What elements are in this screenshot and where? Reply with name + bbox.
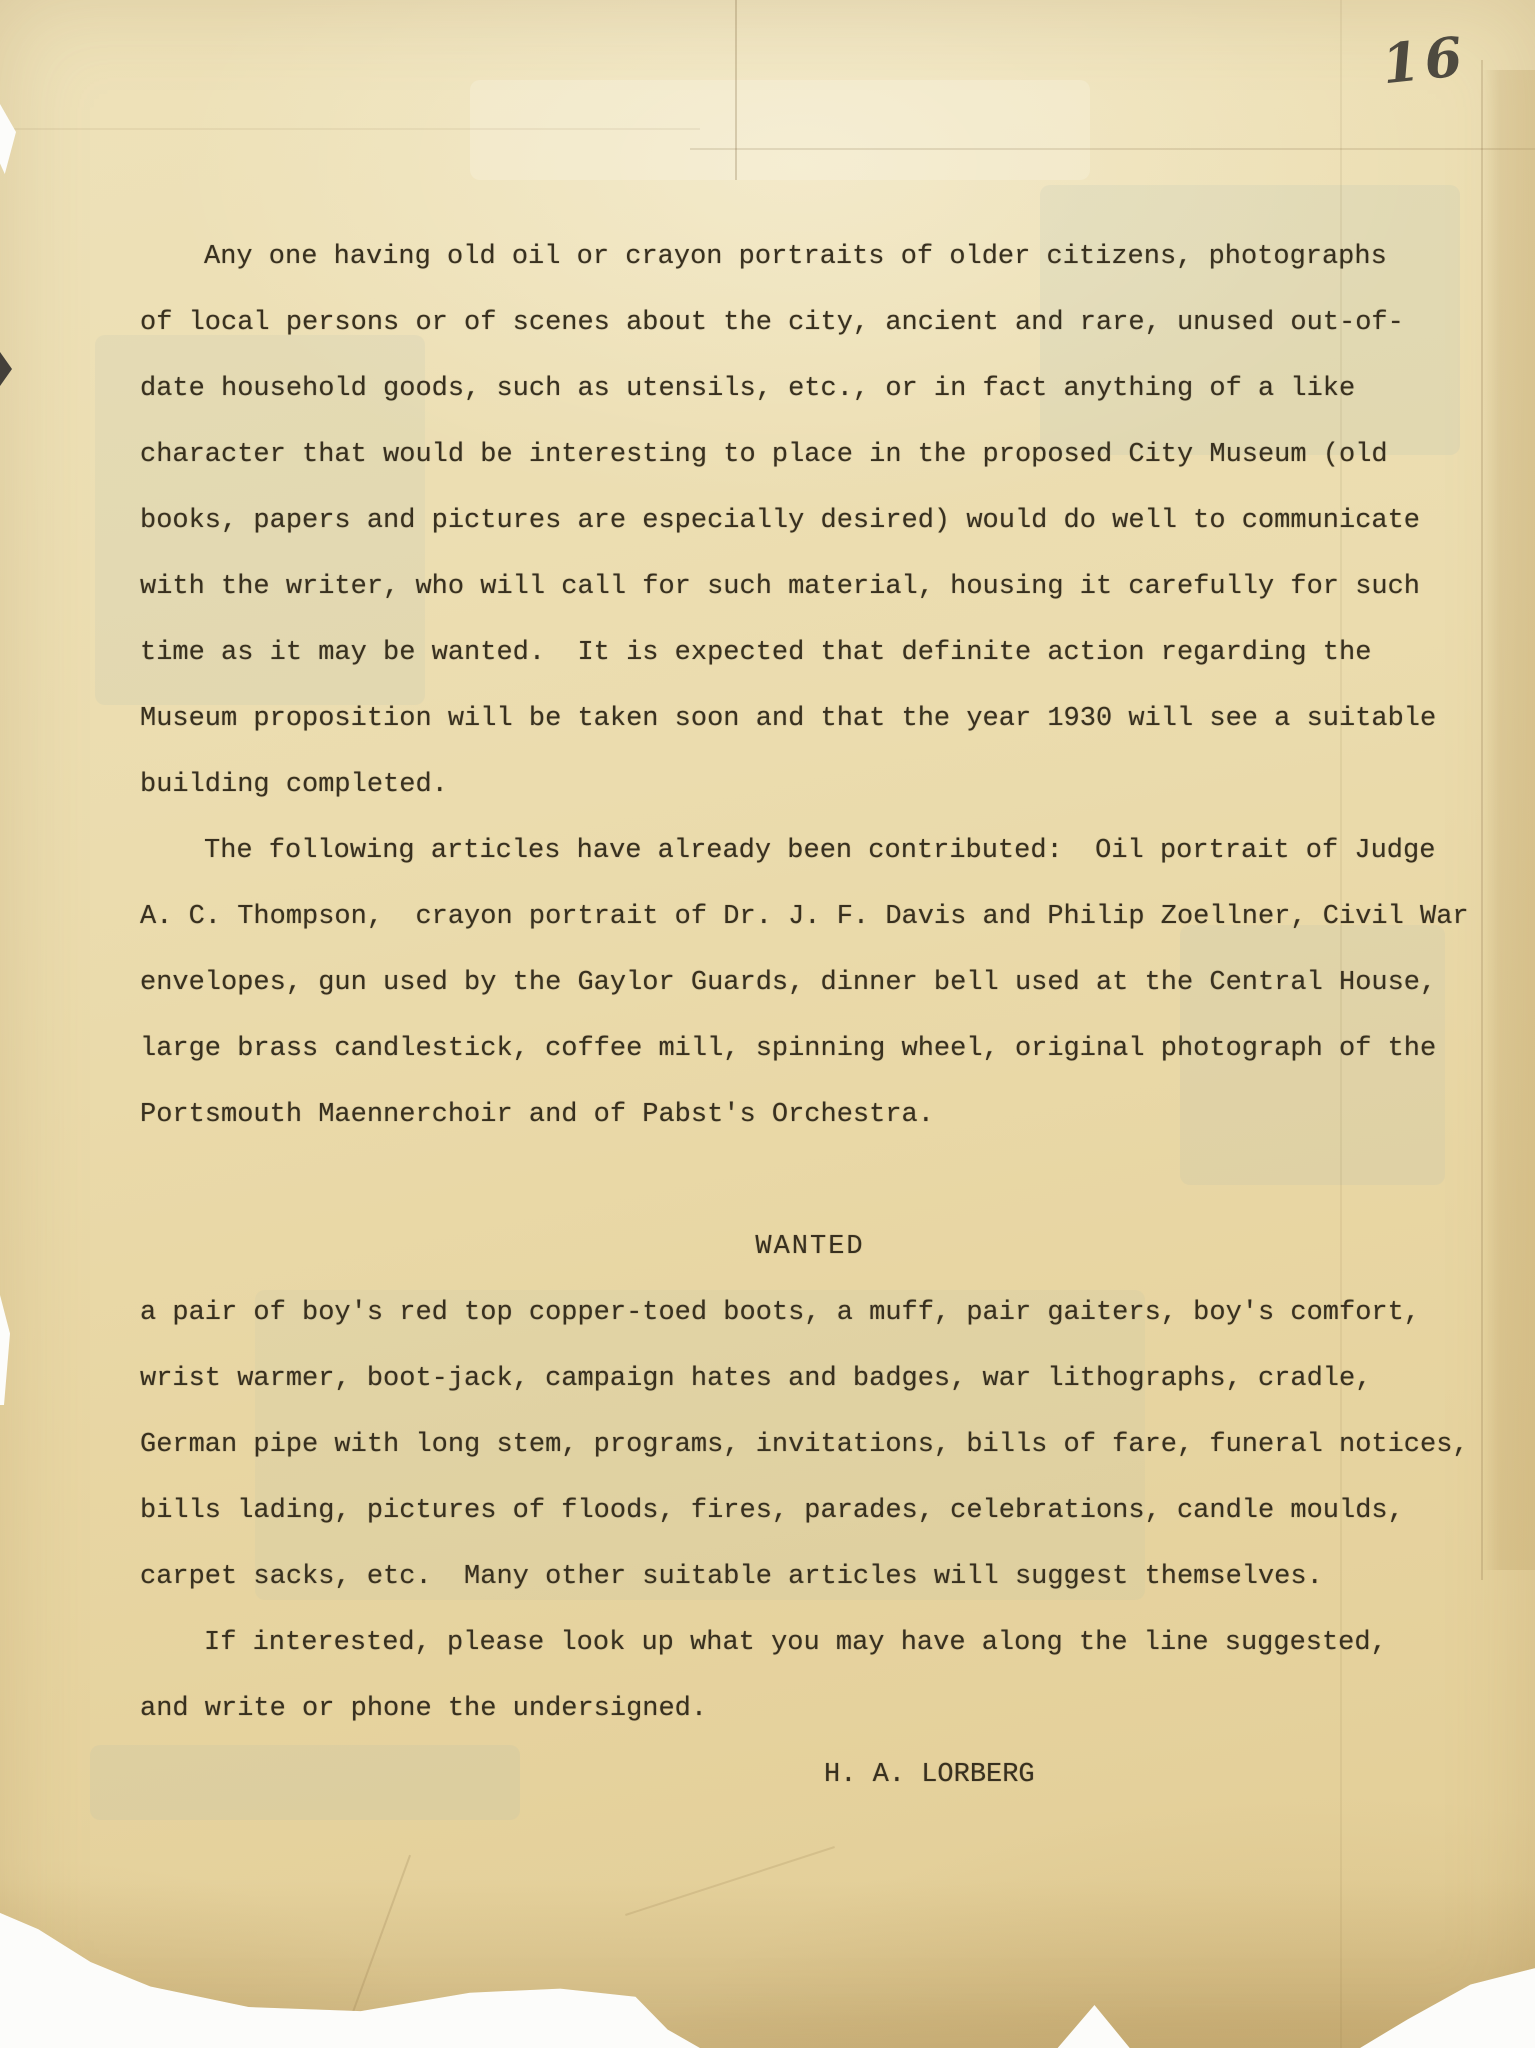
typed-line: date household goods, such as utensils, … — [140, 356, 1480, 422]
typed-line: with the writer, who will call for such … — [140, 554, 1480, 620]
crease-line — [735, 0, 737, 180]
paragraph-museum-request: Any one having old oil or crayon portrai… — [140, 224, 1480, 818]
torn-right-edge — [1481, 70, 1535, 1570]
signature-line: H. A. LORBERG — [140, 1742, 1480, 1808]
typed-line: German pipe with long stem, programs, in… — [140, 1412, 1480, 1478]
torn-bottom-edge-shadow — [0, 1878, 1535, 2048]
typed-line: A. C. Thompson, crayon portrait of Dr. J… — [140, 884, 1480, 950]
typed-line: Any one having old oil or crayon portrai… — [140, 224, 1480, 290]
typed-line: bills lading, pictures of floods, fires,… — [140, 1478, 1480, 1544]
crease-line — [690, 148, 1535, 150]
typed-line: books, papers and pictures are especiall… — [140, 488, 1480, 554]
typed-line: Portsmouth Maennerchoir and of Pabst's O… — [140, 1082, 1480, 1148]
typed-line: time as it may be wanted. It is expected… — [140, 620, 1480, 686]
typed-line: Museum proposition will be taken soon an… — [140, 686, 1480, 752]
wanted-heading: WANTED — [140, 1214, 1480, 1280]
blank-line — [140, 1148, 1480, 1214]
handwritten-page-number: 16 — [1379, 24, 1470, 97]
typed-line: large brass candlestick, coffee mill, sp… — [140, 1016, 1480, 1082]
typed-line: building completed. — [140, 752, 1480, 818]
typed-text-block: Any one having old oil or crayon portrai… — [140, 224, 1480, 1808]
typed-line: The following articles have already been… — [140, 818, 1480, 884]
paragraph-wanted-items: a pair of boy's red top copper-toed boot… — [140, 1280, 1480, 1610]
typed-line: character that would be interesting to p… — [140, 422, 1480, 488]
typed-line: a pair of boy's red top copper-toed boot… — [140, 1280, 1480, 1346]
typed-line: and write or phone the undersigned. — [140, 1676, 1480, 1742]
typed-line: envelopes, gun used by the Gaylor Guards… — [140, 950, 1480, 1016]
typed-line: wrist warmer, boot-jack, campaign hates … — [140, 1346, 1480, 1412]
typed-line: If interested, please look up what you m… — [140, 1610, 1480, 1676]
stain-patch — [470, 80, 1090, 180]
paper-edge-line — [1481, 60, 1483, 1580]
scanned-page: 16 Any one having old oil or crayon port… — [0, 0, 1535, 2048]
crease-line — [0, 128, 700, 130]
typed-line: carpet sacks, etc. Many other suitable a… — [140, 1544, 1480, 1610]
paragraph-contributed-articles: The following articles have already been… — [140, 818, 1480, 1148]
paper-sheet: 16 Any one having old oil or crayon port… — [0, 0, 1535, 2048]
typed-line: of local persons or of scenes about the … — [140, 290, 1480, 356]
paragraph-closing: If interested, please look up what you m… — [140, 1610, 1480, 1742]
